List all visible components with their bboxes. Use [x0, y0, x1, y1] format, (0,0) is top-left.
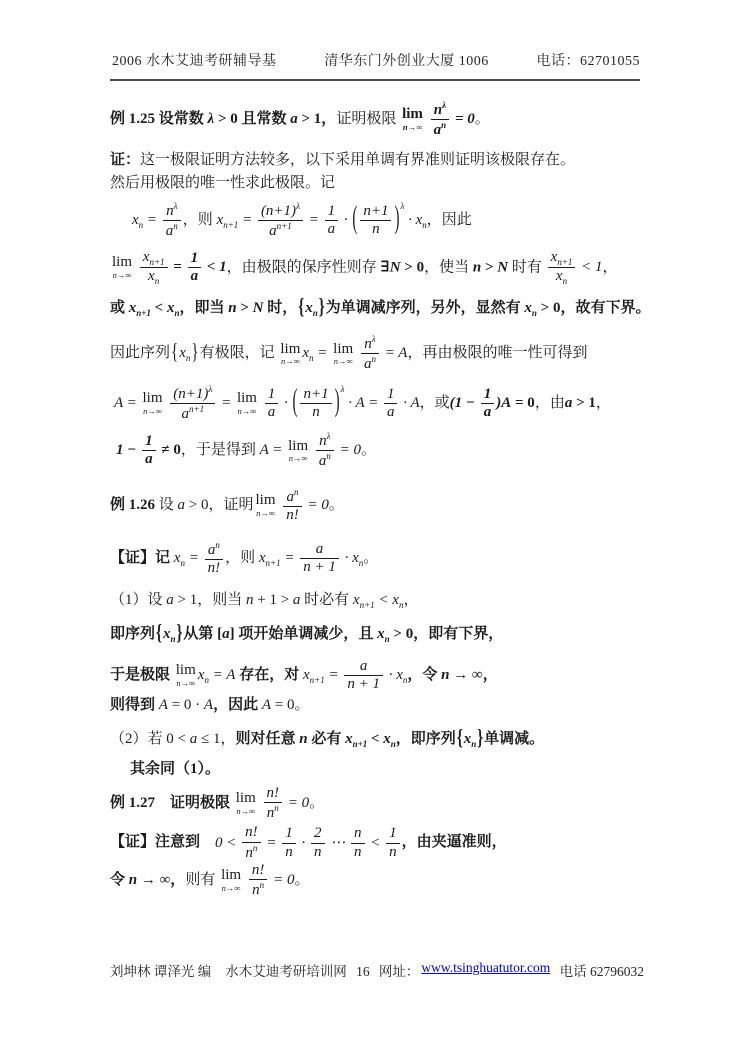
header-course-title: 2006 水木艾迪考研辅导基: [112, 50, 277, 70]
footer-url-group: 网址： www.tsinghuatutor.com: [379, 960, 550, 980]
proof-125-line-2: 然后用极限的唯一性求此极限。记: [110, 173, 644, 195]
proof-125-line-1: 证：这一极限证明方法较多，以下采用单调有界准则证明该极限存在。: [110, 150, 644, 172]
example-125-heading: 例 1.25 设常数 λ > 0 且常数 a > 1，证明极限 limn→∞ n…: [110, 100, 644, 140]
header-address: 清华东门外创业大厦 1006: [324, 50, 489, 70]
header-rule: [110, 79, 640, 81]
formula-limit-A: 因此序列{xn}有极限，记 limn→∞xn = limn→∞ nλan = A…: [110, 334, 644, 374]
document-page: 2006 水木艾迪考研辅导基 清华东门外创业大厦 1006 电话：6270105…: [0, 0, 750, 1061]
formula-A-equation: A = limn→∞ (n+1)λan+1 = limn→∞ 1a · (n+1…: [110, 384, 644, 424]
proof-126-setup: 【证】记 xn = ann!，则 xn+1 = an + 1 · xn。: [110, 540, 644, 578]
case-2-line: （2）若 0 < a ≤ 1，则对任意 n 必有 xn+1 < xn，即序列{x…: [110, 729, 644, 751]
case-1-line-4: 则得到 A = 0 · A，因此 A = 0。: [110, 695, 644, 717]
formula-ratio-limit: limn→∞ xn+1xn = 1a < 1，由极限的保序性则存 ∃N > 0，…: [110, 249, 644, 287]
page-footer: 刘坤林 谭泽光 编 水木艾迪考研培训网 16 网址： www.tsinghuat…: [110, 960, 644, 980]
page-number: 16: [356, 964, 370, 980]
page-header: 2006 水木艾迪考研辅导基 清华东门外创业大厦 1006 电话：6270105…: [112, 50, 640, 70]
formula-xn-definition: xn = nλan，则 xn+1 = (n+1)λan+1 = 1a · (n+…: [110, 201, 644, 241]
footer-phone: 电话 62796032: [560, 960, 644, 980]
example-127-heading: 例 1.27 证明极限 limn→∞ n!nn = 0。: [110, 785, 644, 823]
proof-127-line-1: 【证】注意到 0 < n!nn = 1n · 2n ⋯ nn < 1n，由夹逼准…: [110, 824, 644, 862]
formula-conclusion-125: 1 − 1a ≠ 0，于是得到 A = limn→∞ nλan = 0。: [110, 431, 644, 471]
header-phone: 电话：62701055: [537, 50, 641, 70]
footer-authors: 刘坤林 谭泽光 编: [110, 960, 211, 980]
case-1-line-2: 即序列{xn}从第 [a] 项开始单调减少，且 xn > 0，即有下界，: [110, 624, 644, 646]
proof-127-line-2: 令 n → ∞，则有 limn→∞ n!nn = 0。: [110, 862, 644, 900]
example-126-heading: 例 1.26 设 a > 0，证明limn→∞ ann! = 0。: [110, 487, 644, 525]
footer-url-link[interactable]: www.tsinghuatutor.com: [421, 960, 550, 980]
footer-left-group: 刘坤林 谭泽光 编 水木艾迪考研培训网: [110, 960, 347, 980]
rest-same-note: 其余同（1）。: [110, 759, 644, 781]
case-1-line-3: 于是极限 limn→∞xn = A 存在，对 xn+1 = an + 1 · x…: [110, 658, 644, 694]
case-1-line-1: （1）设 a > 1，则当 n + 1 > a 时必有 xn+1 < xn，: [110, 590, 644, 612]
footer-url-label: 网址：: [379, 960, 420, 980]
footer-site: 水木艾迪考研培训网: [225, 960, 347, 980]
statement-monotone: 或 xn+1 < xn，即当 n > N 时，{xn}为单调减序列，另外，显然有…: [110, 298, 644, 320]
document-body: 例 1.25 设常数 λ > 0 且常数 a > 1，证明极限 limn→∞ n…: [110, 86, 644, 899]
